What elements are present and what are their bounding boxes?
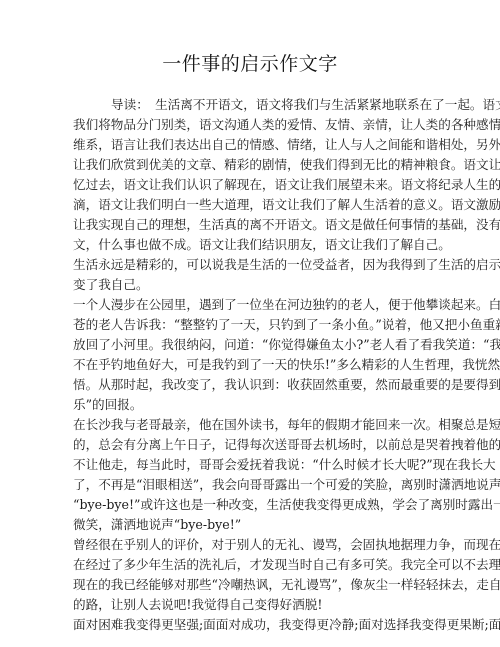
- body-line: 微笑，潇洒地说声“bye-bye!”: [73, 515, 429, 535]
- body-line: 生活永远是精彩的，可以说我是生活的一位受益者，因为我得到了生活的启示，改: [73, 255, 429, 275]
- body-line: 维系，语言让我们表达出自己的情感、情绪，让人与人之间能和谐相处，另外语言: [73, 135, 429, 155]
- body-line: 不让他走，每当此时，哥哥会爱抚着我说：“什么时候才长大呢?”现在我长大: [73, 455, 429, 475]
- body-line: 文，什么事也做不成。语文让我们结识朋友，语文让我们了解自己。: [73, 235, 429, 255]
- body-line: “bye-bye!”或许这也是一种改变，生活使我变得更成熟，学会了离别时露出一个: [73, 495, 429, 515]
- body-line: 变了我自己。: [73, 275, 429, 295]
- body-line: 滴，语文让我们明白一些大道理，语文让我们了解人生活着的意义。语文激励我，: [73, 195, 429, 215]
- document-body: 导读： 生活离不开语文，语文将我们与生活紧紧地联系在了一起。语文让 我们将物品分…: [73, 95, 429, 635]
- body-line: 让我们欣赏到优美的文章、精彩的剧情，使我们得到无比的精神粮食。语文让我回: [73, 155, 429, 175]
- body-line: 在长沙我与老哥最亲，他在国外读书，每年的假期才能回来一次。相聚总是短暂: [73, 415, 429, 435]
- document-title: 一件事的启示作文字: [0, 52, 500, 76]
- body-line: 面对困难我变得更坚强;面面对成功，我变得更冷静;面对选择我变得更果断;面: [73, 615, 429, 635]
- body-line: 导读： 生活离不开语文，语文将我们与生活紧紧地联系在了一起。语文让: [73, 95, 429, 115]
- body-line: 了，不再是“泪眼相送”，我会向哥哥露出一个可爱的笑脸，离别时潇洒地说声: [73, 475, 429, 495]
- body-line: 现在的我已经能够对那些“冷嘲热讽，无礼谩骂”，像灰尘一样轻轻抹去，走自己: [73, 575, 429, 595]
- body-line: 让我实现自己的理想，生活真的离不开语文。语文是做任何事情的基础，没有语: [73, 215, 429, 235]
- body-line: 忆过去，语文让我们认识了解现在，语文让我们展望未来。语文将纪录人生的点: [73, 175, 429, 195]
- body-line: 放回了小河里。我很纳闷，问道：“你觉得嫌鱼太小?”老人看了看我笑道：“我: [73, 335, 429, 355]
- body-line: 一个人漫步在公园里，遇到了一位坐在河边独钓的老人，便于他攀谈起来。白发苍: [73, 295, 429, 315]
- body-line: 曾经很在乎别人的评价，对于别人的无礼、谩骂，会固执地据理力争，而现在呢?: [73, 535, 429, 555]
- body-line: 的路，让别人去说吧!我觉得自己变得好洒脱!: [73, 595, 429, 615]
- body-line: 的，总会有分离上午日子，记得每次送哥哥去机场时，以前总是哭着拽着他的手，: [73, 435, 429, 455]
- body-line: 我们将物品分门别类，语文沟通人类的爱情、友情、亲情，让人类的各种感情得以: [73, 115, 429, 135]
- body-line: 在经过了多少年生活的洗礼后，才发现当时自己有多可笑。我完全可以不去理会，: [73, 555, 429, 575]
- body-line: 乐”的回报。: [73, 395, 429, 415]
- body-line: 悟。从那时起，我改变了，我认识到：收获固然重要，然而最重要的是要得到“快: [73, 375, 429, 395]
- document-page: 一件事的启示作文字 导读： 生活离不开语文，语文将我们与生活紧紧地联系在了一起。…: [0, 0, 500, 647]
- body-line: 苍的老人告诉我：“整整钓了一天，只钓到了一条小鱼。”说着，他又把小鱼重新: [73, 315, 429, 335]
- body-line: 不在乎钓地鱼好大，可是我钓到了一天的快乐!”多么精彩的人生哲理，我恍然大: [73, 355, 429, 375]
